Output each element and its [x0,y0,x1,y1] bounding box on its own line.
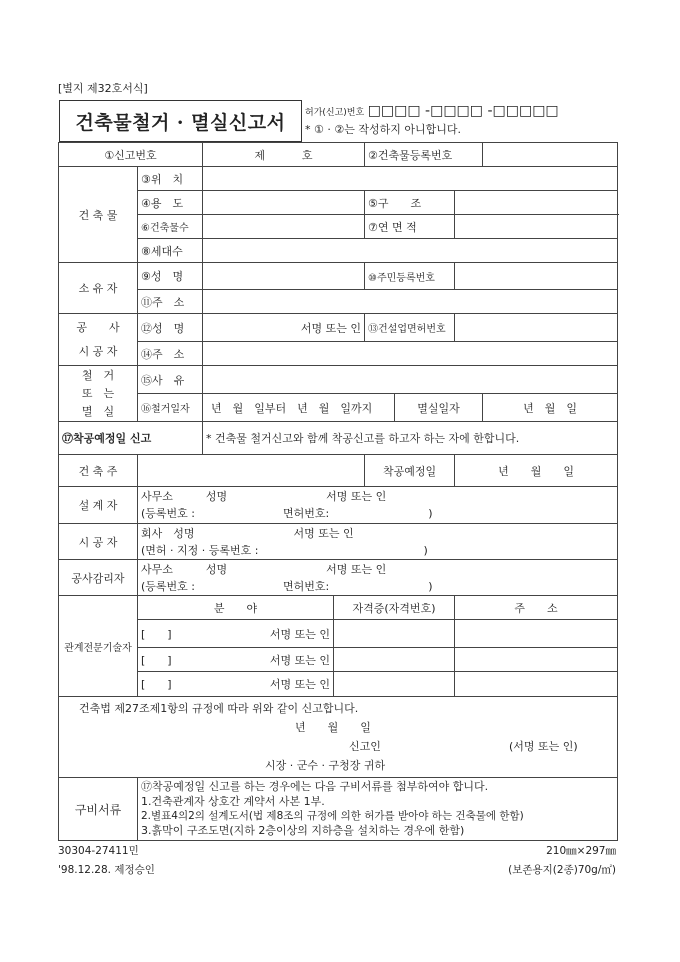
declaration-section: 건축법 제27조제1항의 규정에 따라 위와 같이 신고합니다. 년 월 일 신… [59,697,618,778]
owner-group-label: 소 유 자 [59,263,138,314]
supervisor-field[interactable]: 사무소 성명 서명 또는 인 (등록번호 : 면허번호: ) [138,560,618,596]
owner-name-label: ⑨성 명 [138,263,203,290]
contractor-name-field[interactable]: 서명 또는 인 [203,314,365,342]
designer-label: 설 계 자 [59,487,138,524]
reason-label: ⑮사 유 [138,366,203,394]
expert-row: [ ]서명 또는 인 [59,672,618,697]
contractor-label-line1: 공 사 [62,316,134,340]
total-area-label: ⑦연 면 적 [365,215,455,239]
permit-number-boxes[interactable]: □□□□ -□□□□ -□□□□□ [368,103,559,119]
demolition-date-field[interactable]: 년 월 일부터 년 월 일까지 [203,394,395,422]
experts-header-field: 분 야 [138,596,334,620]
expert-field-cell[interactable]: [ ]서명 또는 인 [138,672,334,697]
builder-line2: (면허 · 지정 · 등록번호 : ) [141,542,614,559]
experts-header-license: 자격증(자격번호) [334,596,455,620]
structure-label: ⑤구 조 [365,191,455,215]
report-number-label: ①신고번호 [59,143,203,167]
households-label: ⑧세대수 [138,239,203,263]
reporter-label: 신고인 [65,737,479,756]
construction-license-field[interactable] [455,314,618,342]
demolition-date-label: ⑯철거일자 [138,394,203,422]
expert-field-cell[interactable]: [ ]서명 또는 인 [138,648,334,672]
registration-number-field[interactable] [483,143,618,167]
builder-label: 시 공 자 [59,524,138,560]
documents-line: 2.별표4의2의 설계도서(법 제8조의 규정에 의한 허가를 받아야 하는 건… [141,809,614,824]
start-report-label: ⑰착공예정일 신고 [59,422,203,455]
experts-header-address: 주 소 [455,596,618,620]
owner-rrn-label: ⑩주민등록번호 [365,263,455,290]
supervisor-label: 공사감리자 [59,560,138,596]
expert-field-cell[interactable]: [ ]서명 또는 인 [138,620,334,648]
contractor-label-line2: 시 공 자 [62,340,134,364]
location-label: ③위 치 [138,167,203,191]
paper-size: 210㎜×297㎜ [508,842,616,861]
start-report-note: * 건축물 철거신고와 함께 착공신고를 하고자 하는 자에 한합니다. [203,422,618,455]
paper-type: (보존용지(2종)70g/㎡) [508,861,616,880]
supervisor-line2: (등록번호 : 면허번호: ) [141,578,614,595]
contractor-sign-text: 서명 또는 인 [301,322,361,335]
demolition-label-line3: 멸 실 [62,403,134,421]
start-date-label: 착공예정일 [365,455,455,487]
contractor-address-field[interactable] [203,342,618,366]
builder-field[interactable]: 회사 성명 서명 또는 인 (면허 · 지정 · 등록번호 : ) [138,524,618,560]
documents-label: 구비서류 [59,778,138,841]
expert-row: [ ]서명 또는 인 [59,620,618,648]
designer-field[interactable]: 사무소 성명 서명 또는 인 (등록번호 : 면허번호: ) [138,487,618,524]
footer-left: 30304-27411민 '98.12.28. 제정승인 [58,842,155,880]
expert-license-cell[interactable] [334,648,455,672]
start-date-field[interactable]: 년 월 일 [455,455,618,487]
approval-date: '98.12.28. 제정승인 [58,861,155,880]
owner-name-field[interactable] [203,263,365,290]
owner-address-field[interactable] [203,290,618,314]
registration-number-label: ②건축물등록번호 [365,143,483,167]
declaration-date[interactable]: 년 월 일 [65,718,611,737]
location-field[interactable] [203,167,618,191]
client-label: 건 축 주 [59,455,138,487]
loss-date-field[interactable]: 년 월 일 [483,394,618,422]
form-title: 건축물철거 · 멸실신고서 [59,100,302,142]
je-text: 제 [254,147,265,163]
expert-bracket: [ ] [141,676,172,692]
building-count-label: ⑥건축물수 [138,215,203,239]
expert-license-cell[interactable] [334,620,455,648]
ho-text: 호 [302,147,313,163]
building-group-label: 건 축 물 [59,167,138,263]
contractor-name-label: ⑫성 명 [138,314,203,342]
documents-line: 1.건축관계자 상호간 계약서 사본 1부. [141,795,614,810]
declaration-statement: 건축법 제27조제1항의 규정에 따라 위와 같이 신고합니다. [65,699,611,718]
permit-note: * ① · ②는 작성하지 아니합니다. [305,121,461,137]
owner-rrn-field[interactable] [455,263,618,290]
form-number-label: [별지 제32호서식] [58,80,148,96]
reporter-sign[interactable]: (서명 또는 인) [479,737,578,756]
documents-line: ⑰착공예정일 신고를 하는 경우에는 다음 구비서류를 첨부하여야 합니다. [141,780,614,795]
demolition-group-label: 철 거 또 는 멸 실 [59,366,138,422]
owner-address-label: ⑪주 소 [138,290,203,314]
reason-field[interactable] [203,366,618,394]
row-report-number: ①신고번호 제호 ②건축물등록번호 [59,143,618,167]
permit-number: 허가(신고)번호 □□□□ -□□□□ -□□□□□ [305,103,559,119]
expert-bracket: [ ] [141,652,172,668]
construction-license-label: ⑬건설업면허번호 [365,314,455,342]
expert-license-cell[interactable] [334,672,455,697]
expert-sign: 서명 또는 인 [270,652,330,668]
loss-date-label: 멸실일자 [395,394,483,422]
report-number-field[interactable]: 제호 [203,143,365,167]
expert-address-cell[interactable] [455,672,618,697]
supervisor-line1: 사무소 성명 서명 또는 인 [141,561,614,578]
documents-line: 3.흙막이 구조도면(지하 2층이상의 지하층을 설치하는 경우에 한함) [141,824,614,839]
demolition-label-line2: 또 는 [62,385,134,403]
permit-number-label: 허가(신고)번호 [305,108,364,118]
expert-sign: 서명 또는 인 [270,626,330,642]
documents-list: ⑰착공예정일 신고를 하는 경우에는 다음 구비서류를 첨부하여야 합니다. 1… [138,778,618,841]
total-area-field[interactable] [455,215,618,239]
builder-line1: 회사 성명 서명 또는 인 [141,525,614,542]
designer-line1: 사무소 성명 서명 또는 인 [141,488,614,505]
report-form-table: ①신고번호 제호 ②건축물등록번호 건 축 물 ③위 치 ④용 도 ⑤구 조 ⑥… [58,142,618,841]
expert-bracket: [ ] [141,626,172,642]
use-label: ④용 도 [138,191,203,215]
households-field[interactable] [203,239,618,263]
designer-line2: (등록번호 : 면허번호: ) [141,505,614,522]
expert-sign: 서명 또는 인 [270,676,330,692]
experts-label: 관계전문기술자 [59,596,138,697]
contractor-address-label: ⑭주 소 [138,342,203,366]
expert-address-cell[interactable] [455,648,618,672]
building-count-field[interactable] [203,215,365,239]
demolition-label-line1: 철 거 [62,367,134,385]
use-field[interactable] [203,191,365,215]
contractor-group-label: 공 사 시 공 자 [59,314,138,366]
expert-address-cell[interactable] [455,620,618,648]
addressee: 시장 · 군수 · 구청장 귀하 [65,756,611,775]
form-code: 30304-27411민 [58,842,155,861]
client-field[interactable] [138,455,365,487]
structure-field[interactable] [455,191,618,215]
footer-right: 210㎜×297㎜ (보존용지(2종)70g/㎡) [508,842,616,880]
expert-row: [ ]서명 또는 인 [59,648,618,672]
